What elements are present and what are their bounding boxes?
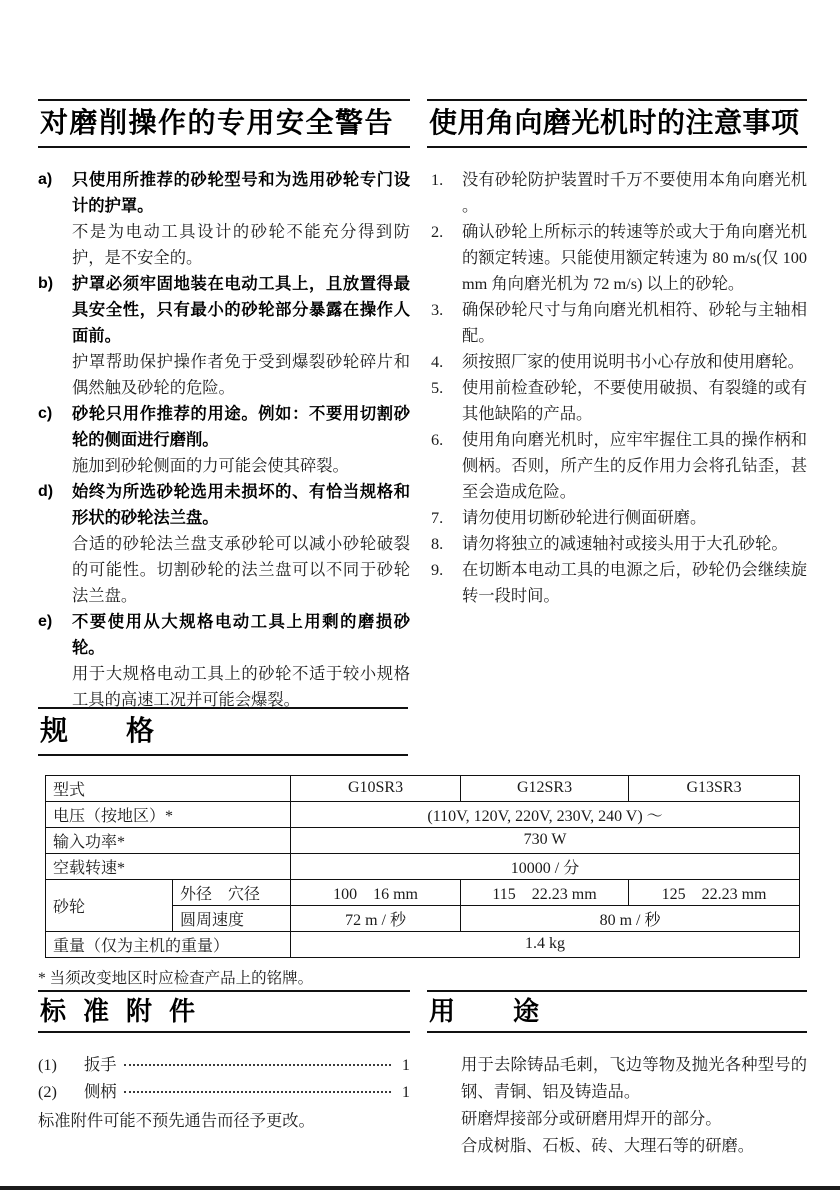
application-line: 用于去除铸品毛刺，飞边等物及抛光各种型号的钢、青铜、铝及铸造品。 [461, 1051, 807, 1105]
spec-value-wheel-dim-g12: 115 22.23 mm [461, 879, 629, 905]
precaution-item-2: 2. 确认砂轮上所标示的转速等於或大于角向磨光机的额定转速。只能使用额定转速为 … [427, 219, 807, 297]
warning-item-lead: 护罩必须牢固地装在电动工具上，且放置得最具安全性，只有最小的砂轮部分暴露在操作人… [72, 271, 410, 349]
precaution-item-8: 8. 请勿将独立的减速轴衬或接头用于大孔砂轮。 [427, 531, 807, 557]
spec-value-wheel-speed-g10: 72 m / 秒 [291, 905, 461, 931]
precaution-number: 6. [427, 427, 462, 505]
precautions-list: 1. 没有砂轮防护装置时千万不要使用本角向磨光机 。 2. 确认砂轮上所标示的转… [427, 167, 807, 609]
precaution-number: 5. [427, 375, 462, 427]
spec-row-wheel-dims: 砂轮 外径 穴径 100 16 mm 115 22.23 mm 125 22.2… [46, 879, 800, 905]
spec-row-no-load-speed: 空载转速* 10000 / 分 [46, 853, 800, 879]
precaution-item-1: 1. 没有砂轮防护装置时千万不要使用本角向磨光机 。 [427, 167, 807, 219]
page-bottom-edge-line [0, 1186, 840, 1190]
grinding-warnings-title: 对磨削操作的专用安全警告 [38, 99, 410, 148]
warning-item-body: 合适的砂轮法兰盘支承砂轮可以减小砂轮破裂的可能性。切割砂轮的法兰盘可以不同于砂轮… [72, 531, 410, 609]
application-line: 研磨焊接部分或研磨用焊开的部分。 [461, 1105, 807, 1132]
warning-item-a: a) 只使用所推荐的砂轮型号和为选用砂轮专门设计的护罩。 不是为电动工具设计的砂… [38, 167, 410, 271]
manual-page: 对磨削操作的专用安全警告 a) 只使用所推荐的砂轮型号和为选用砂轮专门设计的护罩… [0, 0, 840, 1192]
spec-label-wheel-dims: 外径 穴径 [173, 879, 291, 905]
precaution-text: 请勿将独立的减速轴衬或接头用于大孔砂轮。 [462, 531, 807, 557]
accessory-number: (1) [38, 1051, 84, 1078]
precaution-item-4: 4. 须按照厂家的使用说明书小心存放和使用磨轮。 [427, 349, 807, 375]
spec-value-wheel-dim-g10: 100 16 mm [291, 879, 461, 905]
precaution-item-3: 3. 确保砂轮尺寸与角向磨光机相符、砂轮与主轴相配。 [427, 297, 807, 349]
spec-model-g13sr3: G13SR3 [629, 775, 800, 801]
warning-item-label: d) [38, 479, 72, 609]
spec-label-power: 输入功率* [46, 827, 291, 853]
spec-row-weight: 重量（仅为主机的重量） 1.4 kg [46, 931, 800, 957]
warning-item-b: b) 护罩必须牢固地装在电动工具上，且放置得最具安全性，只有最小的砂轮部分暴露在… [38, 271, 410, 401]
precaution-text: 须按照厂家的使用说明书小心存放和使用磨轮。 [462, 349, 807, 375]
spec-label-wheel-speed: 圆周速度 [173, 905, 291, 931]
dot-leader [124, 1091, 391, 1093]
precaution-item-5: 5. 使用前检查砂轮，不要使用破损、有裂缝的或有其他缺陷的产品。 [427, 375, 807, 427]
spec-row-power: 输入功率* 730 W [46, 827, 800, 853]
precaution-item-7: 7. 请勿使用切断砂轮进行侧面研磨。 [427, 505, 807, 531]
spec-value-wheel-dim-g13: 125 22.23 mm [629, 879, 800, 905]
precaution-number: 2. [427, 219, 462, 297]
accessory-number: (2) [38, 1078, 84, 1105]
grinding-warnings-section: 对磨削操作的专用安全警告 a) 只使用所推荐的砂轮型号和为选用砂轮专门设计的护罩… [38, 80, 410, 713]
standard-accessories-title: 标准附件 [38, 990, 410, 1033]
accessories-change-note: 标准附件可能不预先通告而径予更改。 [38, 1108, 410, 1134]
precaution-text: 在切断本电动工具的电源之后，砂轮仍会继续旋转一段时间。 [462, 557, 807, 609]
accessory-quantity: 1 [398, 1051, 410, 1078]
spec-value-weight: 1.4 kg [291, 931, 800, 957]
precaution-text: 使用角向磨光机时，应牢牢握住工具的操作柄和侧柄。否则，所产生的反作用力会将孔钻歪… [462, 427, 807, 505]
precautions-title: 使用角向磨光机时的注意事项 [427, 99, 807, 148]
applications-body: 用于去除铸品毛刺，飞边等物及抛光各种型号的钢、青铜、铝及铸造品。 研磨焊接部分或… [461, 1051, 807, 1159]
spec-model-g12sr3: G12SR3 [461, 775, 629, 801]
accessory-item-side-handle: (2) 侧柄 1 [38, 1078, 410, 1105]
precaution-number: 3. [427, 297, 462, 349]
spec-label-no-load-speed: 空载转速* [46, 853, 291, 879]
spec-label-wheel: 砂轮 [46, 879, 173, 931]
warning-item-lead: 始终为所选砂轮选用未损坏的、有恰当规格和形状的砂轮法兰盘。 [72, 479, 410, 531]
specifications-title: 规格 [38, 707, 408, 756]
precaution-number: 4. [427, 349, 462, 375]
specifications-section: 规格 型式 G10SR3 G12SR3 G13SR3 电压（按地区）* (110… [38, 688, 806, 988]
precaution-text: 确保砂轮尺寸与角向磨光机相符、砂轮与主轴相配。 [462, 297, 807, 349]
warning-item-body: 护罩帮助保护操作者免于受到爆裂砂轮碎片和偶然触及砂轮的危险。 [72, 349, 410, 401]
application-line: 合成树脂、石板、砖、大理石等的研磨。 [461, 1132, 807, 1159]
warning-item-body: 施加到砂轮侧面的力可能会使其碎裂。 [72, 453, 410, 479]
applications-title: 用途 [427, 990, 807, 1033]
spec-value-no-load-speed: 10000 / 分 [291, 853, 800, 879]
warning-item-lead: 砂轮只用作推荐的用途。例如：不要用切割砂轮的侧面进行磨削。 [72, 401, 410, 453]
precaution-number: 8. [427, 531, 462, 557]
precaution-item-6: 6. 使用角向磨光机时，应牢牢握住工具的操作柄和侧柄。否则，所产生的反作用力会将… [427, 427, 807, 505]
precaution-number: 9. [427, 557, 462, 609]
precaution-text: 没有砂轮防护装置时千万不要使用本角向磨光机 。 [462, 167, 807, 219]
spec-label-weight: 重量（仅为主机的重量） [46, 931, 291, 957]
standard-accessories-section: 标准附件 (1) 扳手 1 (2) 侧柄 1 标准附件可能不预先通告而径予更改。 [38, 973, 410, 1134]
spec-table: 型式 G10SR3 G12SR3 G13SR3 电压（按地区）* (110V, … [45, 775, 800, 958]
warning-item-lead: 不要使用从大规格电动工具上用剩的磨损砂轮。 [72, 609, 410, 661]
precaution-text: 请勿使用切断砂轮进行侧面研磨。 [462, 505, 807, 531]
dot-leader [124, 1064, 391, 1066]
spec-row-voltage: 电压（按地区）* (110V, 120V, 220V, 230V, 240 V)… [46, 801, 800, 827]
accessories-list: (1) 扳手 1 (2) 侧柄 1 [38, 1051, 410, 1105]
spec-model-g10sr3: G10SR3 [291, 775, 461, 801]
precaution-text: 确认砂轮上所标示的转速等於或大于角向磨光机的额定转速。只能使用额定转速为 80 … [462, 219, 807, 297]
accessory-item-wrench: (1) 扳手 1 [38, 1051, 410, 1078]
warning-item-body: 不是为电动工具设计的砂轮不能充分得到防护，是不安全的。 [72, 219, 410, 271]
accessory-name: 扳手 [84, 1051, 117, 1078]
precaution-number: 7. [427, 505, 462, 531]
spec-value-voltage: (110V, 120V, 220V, 230V, 240 V) ～ [291, 801, 800, 827]
spec-value-wheel-speed-g12-g13: 80 m / 秒 [461, 905, 800, 931]
spec-value-power: 730 W [291, 827, 800, 853]
precaution-text: 使用前检查砂轮，不要使用破损、有裂缝的或有其他缺陷的产品。 [462, 375, 807, 427]
precaution-number: 1. [427, 167, 462, 219]
precautions-section: 使用角向磨光机时的注意事项 1. 没有砂轮防护装置时千万不要使用本角向磨光机 。… [427, 80, 807, 609]
accessory-quantity: 1 [398, 1078, 410, 1105]
warning-item-label: c) [38, 401, 72, 479]
spec-label-voltage: 电压（按地区）* [46, 801, 291, 827]
warning-item-label: a) [38, 167, 72, 271]
spec-label-model: 型式 [46, 775, 291, 801]
grinding-warnings-list: a) 只使用所推荐的砂轮型号和为选用砂轮专门设计的护罩。 不是为电动工具设计的砂… [38, 167, 410, 713]
warning-item-d: d) 始终为所选砂轮选用未损坏的、有恰当规格和形状的砂轮法兰盘。 合适的砂轮法兰… [38, 479, 410, 609]
applications-section: 用途 用于去除铸品毛刺，飞边等物及抛光各种型号的钢、青铜、铝及铸造品。 研磨焊接… [427, 973, 807, 1159]
precaution-item-9: 9. 在切断本电动工具的电源之后，砂轮仍会继续旋转一段时间。 [427, 557, 807, 609]
warning-item-label: b) [38, 271, 72, 401]
spec-row-model: 型式 G10SR3 G12SR3 G13SR3 [46, 775, 800, 801]
warning-item-c: c) 砂轮只用作推荐的用途。例如：不要用切割砂轮的侧面进行磨削。 施加到砂轮侧面… [38, 401, 410, 479]
accessory-name: 侧柄 [84, 1078, 117, 1105]
warning-item-lead: 只使用所推荐的砂轮型号和为选用砂轮专门设计的护罩。 [72, 167, 410, 219]
